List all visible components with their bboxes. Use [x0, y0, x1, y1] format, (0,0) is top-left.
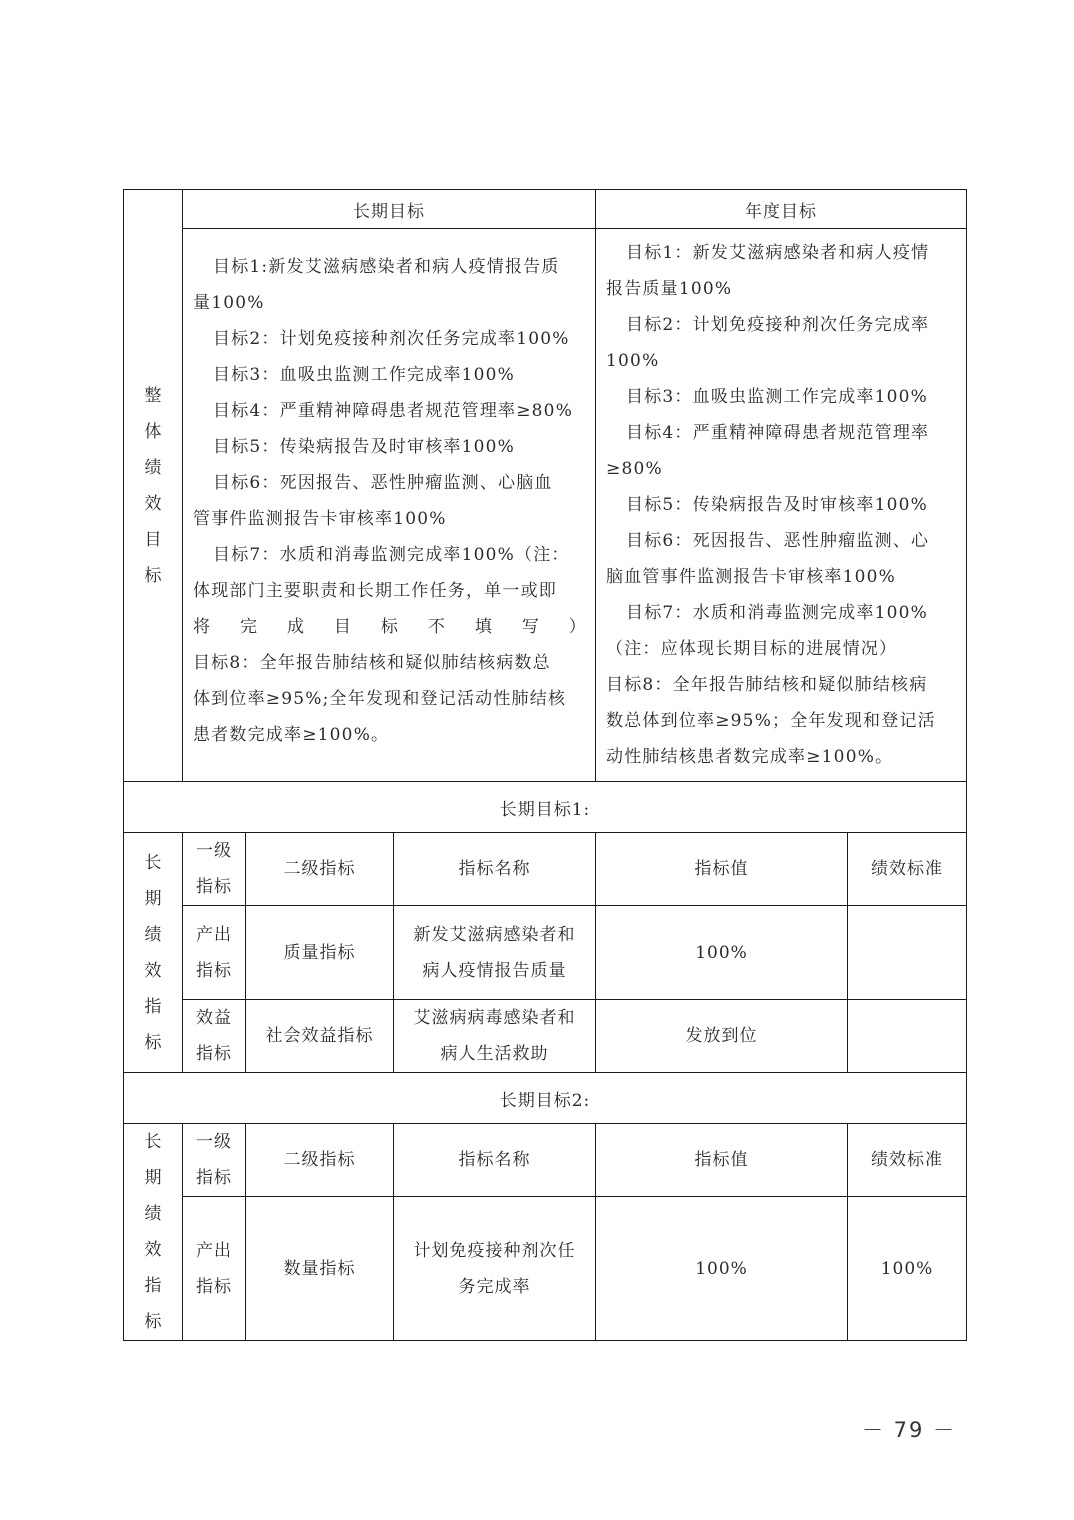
- table-row: 产出 指标 质量指标 新发艾滋病感染者和 病人疫情报告质量 100%: [124, 906, 967, 1000]
- goal-line: 报告质量100%: [606, 271, 958, 307]
- cell-text: 计划免疫接种剂次任: [394, 1233, 595, 1269]
- label-char: 长: [124, 1124, 182, 1160]
- goal-line: 脑血管事件监测报告卡审核率100%: [606, 559, 958, 595]
- performance-goals-table: 整 体 绩 效 目 标 长期目标 年度目标 目标1:新发艾滋病感染者和病人疫情报…: [123, 189, 967, 1341]
- label-char: 整: [124, 378, 182, 414]
- goal-line: 管事件监测报告卡审核率100%: [193, 501, 587, 537]
- header-standard: 绩效标准: [848, 833, 967, 906]
- header-text: 一级: [183, 833, 245, 869]
- goal-line: 目标8：全年报告肺结核和疑似肺结核病数总: [193, 645, 587, 681]
- goal-line: 目标1:新发艾滋病感染者和病人疫情报告质: [193, 249, 587, 285]
- standard-cell: [848, 1000, 967, 1073]
- section-title-row: 长期目标2:: [124, 1073, 967, 1124]
- level1-cell: 效益 指标: [183, 1000, 246, 1073]
- label-char: 绩: [124, 450, 182, 486]
- label-char: 标: [124, 1025, 182, 1061]
- value-cell: 100%: [596, 906, 848, 1000]
- level2-cell: 质量指标: [246, 906, 394, 1000]
- document-page: 整 体 绩 效 目 标 长期目标 年度目标 目标1:新发艾滋病感染者和病人疫情报…: [0, 0, 1074, 1520]
- long-term-goals-header: 长期目标: [183, 190, 596, 229]
- header-value: 指标值: [596, 1124, 848, 1197]
- cell-text: 指标: [183, 1269, 245, 1305]
- goal-line: 目标3：血吸虫监测工作完成率100%: [193, 357, 587, 393]
- header-level2: 二级指标: [246, 1124, 394, 1197]
- label-char: 长: [124, 845, 182, 881]
- name-cell: 艾滋病病毒感染者和 病人生活救助: [394, 1000, 596, 1073]
- name-cell: 计划免疫接种剂次任 务完成率: [394, 1197, 596, 1341]
- goal-line: 患者数完成率≥100%。: [193, 717, 587, 753]
- level1-cell: 产出 指标: [183, 906, 246, 1000]
- label-char: 体: [124, 414, 182, 450]
- table-row: 产出 指标 数量指标 计划免疫接种剂次任 务完成率 100% 100%: [124, 1197, 967, 1341]
- goal-line: 量100%: [193, 285, 587, 321]
- goal-line: 目标7：水质和消毒监测完成率100%: [606, 595, 958, 631]
- standard-cell: [848, 906, 967, 1000]
- goal-line: 目标2：计划免疫接种剂次任务完成率100%: [193, 321, 587, 357]
- cell-text: 产出: [183, 1233, 245, 1269]
- level1-cell: 产出 指标: [183, 1197, 246, 1341]
- cell-text: 病人疫情报告质量: [394, 953, 595, 989]
- value-cell: 100%: [596, 1197, 848, 1341]
- label-char: 期: [124, 1160, 182, 1196]
- goal-line: 数总体到位率≥95%；全年发现和登记活: [606, 703, 958, 739]
- goal-line: 目标2：计划免疫接种剂次任务完成率: [606, 307, 958, 343]
- long-term-indicators-label: 长 期 绩 效 指 标: [124, 833, 183, 1073]
- annual-goals-header: 年度目标: [596, 190, 967, 229]
- header-value: 指标值: [596, 833, 848, 906]
- goal-line: 目标1：新发艾滋病感染者和病人疫情: [606, 235, 958, 271]
- header-text: 指标: [183, 869, 245, 905]
- label-char: 标: [124, 558, 182, 594]
- section-title: 长期目标2:: [124, 1073, 967, 1124]
- cell-text: 产出: [183, 917, 245, 953]
- cell-text: 新发艾滋病感染者和: [394, 917, 595, 953]
- page-number: － 79 －: [862, 1414, 956, 1444]
- cell-text: 指标: [183, 953, 245, 989]
- name-cell: 新发艾滋病感染者和 病人疫情报告质量: [394, 906, 596, 1000]
- goal-line: 将 完 成 目 标 不 填 写 ）: [193, 609, 587, 645]
- goal-line: 目标6：死因报告、恶性肿瘤监测、心: [606, 523, 958, 559]
- label-char: 效: [124, 486, 182, 522]
- goal-line: 目标6：死因报告、恶性肿瘤监测、心脑血: [193, 465, 587, 501]
- cell-text: 务完成率: [394, 1269, 595, 1305]
- level2-cell: 数量指标: [246, 1197, 394, 1341]
- standard-cell: 100%: [848, 1197, 967, 1341]
- header-text: 指标: [183, 1160, 245, 1196]
- goal-line: 目标3：血吸虫监测工作完成率100%: [606, 379, 958, 415]
- goal-line: 动性肺结核患者数完成率≥100%。: [606, 739, 958, 775]
- annual-goals-text: 目标1：新发艾滋病感染者和病人疫情报告质量100%目标2：计划免疫接种剂次任务完…: [596, 229, 967, 782]
- indicator-header-row: 长 期 绩 效 指 标 一级 指标 二级指标 指标名称 指标值 绩效标准: [124, 833, 967, 906]
- section-title: 长期目标1:: [124, 782, 967, 833]
- goal-line: 目标8：全年报告肺结核和疑似肺结核病: [606, 667, 958, 703]
- label-char: 标: [124, 1304, 182, 1340]
- label-char: 绩: [124, 1196, 182, 1232]
- label-char: 指: [124, 989, 182, 1025]
- goal-line: 100%: [606, 343, 958, 379]
- header-name: 指标名称: [394, 1124, 596, 1197]
- label-char: 期: [124, 881, 182, 917]
- goal-line: 目标4：严重精神障碍患者规范管理率≥80%: [193, 393, 587, 429]
- label-char: 绩: [124, 917, 182, 953]
- goal-line: 目标4：严重精神障碍患者规范管理率: [606, 415, 958, 451]
- long-term-goals-text: 目标1:新发艾滋病感染者和病人疫情报告质量100%目标2：计划免疫接种剂次任务完…: [183, 229, 596, 782]
- goal-line: 目标5：传染病报告及时审核率100%: [193, 429, 587, 465]
- goal-line: 目标7：水质和消毒监测完成率100%（注：: [193, 537, 587, 573]
- header-level2: 二级指标: [246, 833, 394, 906]
- overall-goals-row: 目标1:新发艾滋病感染者和病人疫情报告质量100%目标2：计划免疫接种剂次任务完…: [124, 229, 967, 782]
- label-char: 效: [124, 953, 182, 989]
- goal-line: 体现部门主要职责和长期工作任务，单一或即: [193, 573, 587, 609]
- goal-line: ≥80%: [606, 451, 958, 487]
- header-level1: 一级 指标: [183, 1124, 246, 1197]
- goal-line: 目标5：传染病报告及时审核率100%: [606, 487, 958, 523]
- label-char: 效: [124, 1232, 182, 1268]
- cell-text: 效益: [183, 1000, 245, 1036]
- level2-cell: 社会效益指标: [246, 1000, 394, 1073]
- label-char: 目: [124, 522, 182, 558]
- long-term-indicators-label: 长 期 绩 效 指 标: [124, 1124, 183, 1341]
- header-name: 指标名称: [394, 833, 596, 906]
- indicator-header-row: 长 期 绩 效 指 标 一级 指标 二级指标 指标名称 指标值 绩效标准: [124, 1124, 967, 1197]
- overall-goals-label: 整 体 绩 效 目 标: [124, 190, 183, 782]
- header-level1: 一级 指标: [183, 833, 246, 906]
- goal-line: （注：应体现长期目标的进展情况）: [606, 631, 958, 667]
- section-title-row: 长期目标1:: [124, 782, 967, 833]
- label-char: 指: [124, 1268, 182, 1304]
- cell-text: 病人生活救助: [394, 1036, 595, 1072]
- cell-text: 艾滋病病毒感染者和: [394, 1000, 595, 1036]
- header-text: 一级: [183, 1124, 245, 1160]
- table-row: 效益 指标 社会效益指标 艾滋病病毒感染者和 病人生活救助 发放到位: [124, 1000, 967, 1073]
- value-cell: 发放到位: [596, 1000, 848, 1073]
- overall-header-row: 整 体 绩 效 目 标 长期目标 年度目标: [124, 190, 967, 229]
- goal-line: 体到位率≥95%;全年发现和登记活动性肺结核: [193, 681, 587, 717]
- header-standard: 绩效标准: [848, 1124, 967, 1197]
- cell-text: 指标: [183, 1036, 245, 1072]
